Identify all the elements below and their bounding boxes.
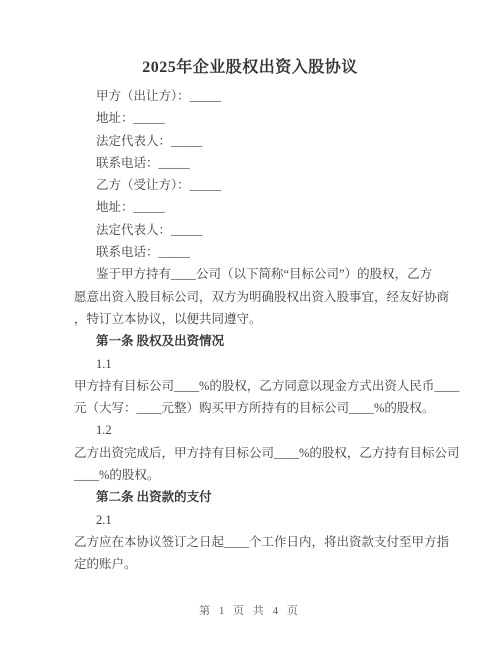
party-a-address-line: 地址：_____ [74, 107, 436, 129]
party-b-legal-rep-line: 法定代表人：_____ [74, 219, 436, 241]
party-b-label-line: 乙方（受让方）：_____ [74, 174, 436, 196]
party-a-legal-rep-line: 法定代表人：_____ [74, 130, 436, 152]
clause-text-line: 定的账户。 [74, 553, 436, 575]
preamble-line: ，特订立本协议，以便共同遵守。 [74, 308, 436, 330]
party-b-address-line: 地址：_____ [74, 196, 436, 218]
document-body: 甲方（出让方）：_____ 地址：_____ 法定代表人：_____ 联系电话：… [74, 85, 436, 576]
clause-number: 1.1 [74, 353, 436, 375]
preamble-line: 愿意出资入股目标公司，双方为明确股权出资入股事宜，经友好协商 [74, 286, 436, 308]
page-number: 第 1 页 共 4 页 [0, 602, 500, 618]
clause-text-line: 乙方出资完成后，甲方持有目标公司____%的股权，乙方持有目标公司 [74, 442, 436, 464]
document-page: 2025年企业股权出资入股协议 甲方（出让方）：_____ 地址：_____ 法… [0, 0, 500, 647]
party-b-phone-line: 联系电话：_____ [74, 241, 436, 263]
clause-text-line: ____%的股权。 [74, 464, 436, 486]
clause-text-line: 甲方持有目标公司____%的股权，乙方同意以现金方式出资人民币____ [74, 375, 436, 397]
clause-text-line: 乙方应在本协议签订之日起____个工作日内，将出资款支付至甲方指 [74, 531, 436, 553]
clause-number: 2.1 [74, 509, 436, 531]
clause-text-line: 元（大写：____元整）购买甲方所持有的目标公司____%的股权。 [74, 397, 436, 419]
article-1-heading: 第一条 股权及出资情况 [74, 330, 436, 352]
document-title: 2025年企业股权出资入股协议 [0, 54, 500, 77]
party-a-phone-line: 联系电话：_____ [74, 152, 436, 174]
party-a-label-line: 甲方（出让方）：_____ [74, 85, 436, 107]
preamble-line: 鉴于甲方持有____公司（以下简称“目标公司”）的股权，乙方 [74, 263, 436, 285]
article-2-heading: 第二条 出资款的支付 [74, 486, 436, 508]
clause-number: 1.2 [74, 419, 436, 441]
